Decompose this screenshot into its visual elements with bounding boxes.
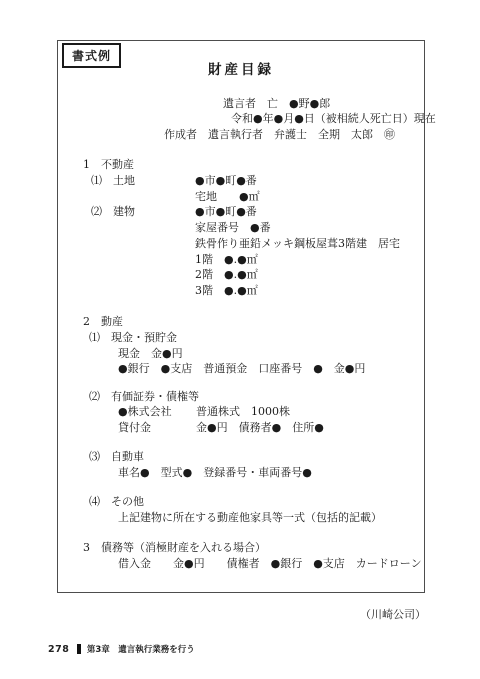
document-title: 財産目録: [58, 58, 424, 78]
land-label: ⑴ 土地: [91, 174, 135, 187]
document-frame: 書式例 財産目録 遺言者 亡 ●野●郎 令和●年●月●日（被相続人死亡日）現在 …: [57, 40, 425, 593]
bank-account-line: ●銀行 ●支店 普通預金 口座番号 ● 金●円: [118, 362, 365, 375]
author-line: 作成者 遺言執行者 弁護士 全期 太郎 ㊞: [164, 128, 395, 141]
building-house-number: 家屋番号 ●番: [195, 221, 271, 234]
loan-receivable-detail: 金●円 債務者● 住所●: [196, 421, 324, 434]
stock-company-name: ●株式会社: [118, 405, 172, 418]
chapter-title: 第3章 遺言執行業務を行う: [87, 643, 195, 655]
car-label: ⑶ 自動車: [89, 450, 144, 463]
testator-line: 遺言者 亡 ●野●郎: [223, 97, 330, 110]
securities-label: ⑵ 有価証券・債権等: [89, 390, 199, 403]
building-address: ●市●町●番: [195, 205, 257, 218]
as-of-date-line: 令和●年●月●日（被相続人死亡日）現在: [231, 112, 436, 125]
other-label: ⑷ その他: [89, 495, 144, 508]
book-page: 書式例 財産目録 遺言者 亡 ●野●郎 令和●年●月●日（被相続人死亡日）現在 …: [0, 0, 480, 679]
page-footer: 278 第3章 遺言執行業務を行う: [48, 643, 195, 655]
footer-separator-bar: [77, 644, 81, 654]
loan-receivable-name: 貸付金: [118, 421, 151, 434]
building-structure: 鉄骨作り亜鉛メッキ鋼板屋葺3階建 居宅: [195, 237, 400, 250]
section-movables-heading: 2 動産: [83, 315, 123, 328]
land-detail: 宅地 ●㎡: [195, 190, 260, 203]
other-detail-line: 上記建物に所在する動産他家具等一式（包括的記載）: [118, 511, 382, 524]
section-debts-heading: 3 債務等（消極財産を入れる場合）: [83, 541, 266, 554]
stock-detail: 普通株式 1000株: [196, 405, 290, 418]
building-floor-1-area: 1階 ●.●㎡: [195, 253, 258, 266]
section-real-estate-heading: 1 不動産: [83, 158, 134, 171]
debt-line: 借入金 金●円 債権者 ●銀行 ●支店 カードローン: [118, 557, 422, 570]
cash-line: 現金 金●円: [118, 347, 183, 360]
land-address: ●市●町●番: [195, 174, 257, 187]
author-attribution: （川崎公司）: [360, 606, 426, 622]
building-floor-2-area: 2階 ●.●㎡: [195, 268, 258, 281]
building-label: ⑵ 建物: [91, 205, 135, 218]
cash-deposits-label: ⑴ 現金・預貯金: [89, 331, 177, 344]
page-number: 278: [48, 644, 69, 655]
car-detail-line: 車名● 型式● 登録番号・車両番号●: [118, 466, 312, 479]
building-floor-3-area: 3階 ●.●㎡: [195, 284, 258, 297]
